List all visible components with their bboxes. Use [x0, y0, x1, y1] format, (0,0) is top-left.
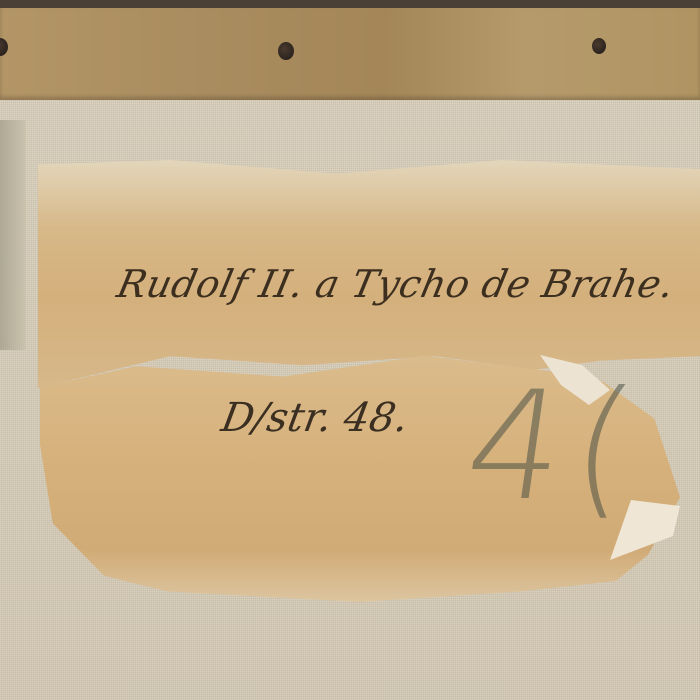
nail-icon: [0, 38, 8, 56]
nail-icon: [592, 38, 606, 54]
nail-icon: [278, 42, 294, 60]
pencil-inscription: 4(: [456, 360, 654, 534]
frame-edge: [0, 0, 700, 8]
label-title: Rudolf II. a Tycho de Brahe.: [113, 262, 700, 306]
wooden-stretcher-bar: [0, 8, 700, 100]
label-reference: D/str. 48.: [218, 395, 412, 441]
canvas-stain: [0, 120, 26, 350]
